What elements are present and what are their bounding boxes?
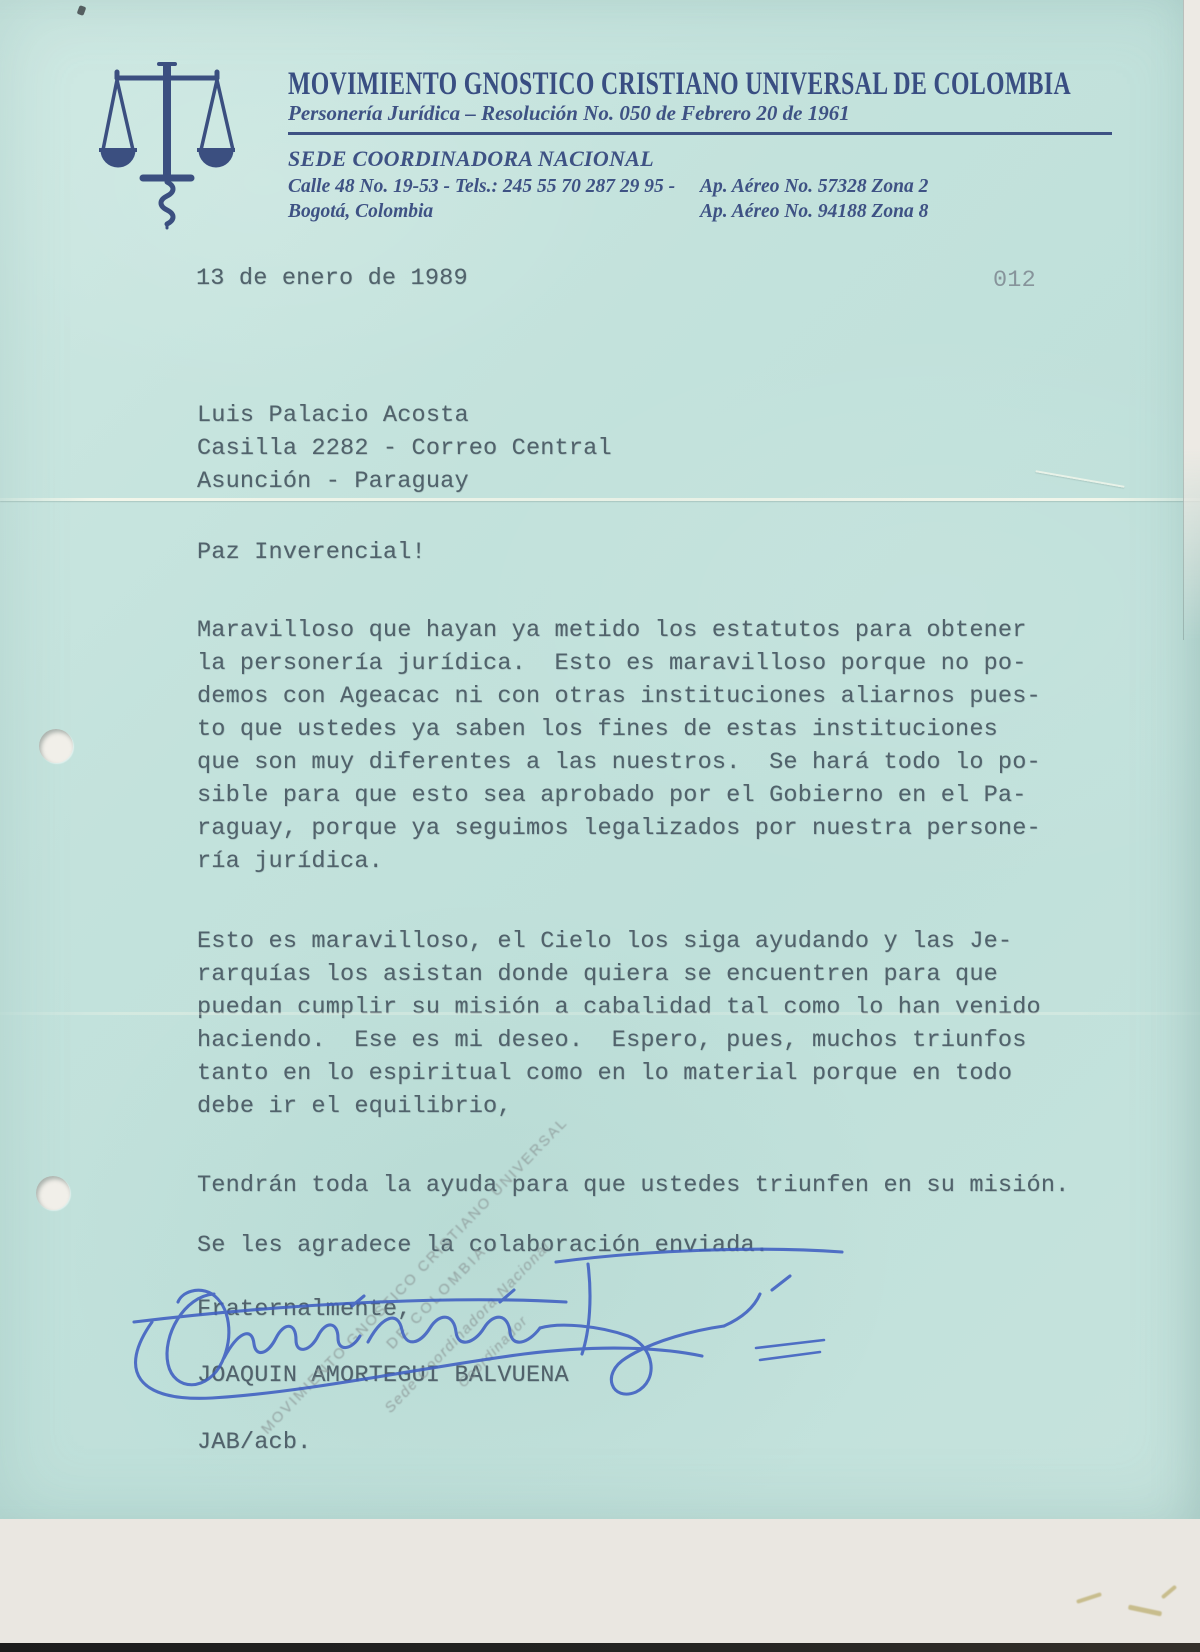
- scan-speck: [77, 5, 87, 16]
- scanned-letter: MOVIMIENTO GNOSTICO CRISTIANO UNIVERSAL …: [0, 0, 1200, 1652]
- scanner-backing-bottom: [0, 1519, 1200, 1652]
- address-row-2: Bogotá, Colombia Ap. Aéreo No. 94188 Zon…: [288, 199, 1018, 224]
- body-paragraph-2: Esto es maravilloso, el Cielo los siga a…: [197, 925, 1041, 1123]
- body-paragraph-1: Maravilloso que hayan ya metido los esta…: [197, 614, 1041, 878]
- letter-date: 13 de enero de 1989: [196, 262, 468, 295]
- punch-hole-bottom: [36, 1176, 70, 1210]
- apartado-aereo-1: Ap. Aéreo No. 57328 Zona 2: [700, 174, 928, 199]
- recipient-address: Luis Palacio Acosta Casilla 2282 - Corre…: [197, 399, 612, 498]
- letter-paper: MOVIMIENTO GNOSTICO CRISTIANO UNIVERSAL …: [0, 0, 1200, 1519]
- scan-bottom-strip: [0, 1643, 1200, 1652]
- valediction: Fraternalmente,: [197, 1293, 412, 1326]
- letterhead-rule: [288, 132, 1112, 135]
- apartado-aereo-2: Ap. Aéreo No. 94188 Zona 8: [700, 199, 928, 224]
- letterhead-address: Calle 48 No. 19-53 - Tels.: 245 55 70 28…: [288, 174, 1018, 224]
- typed-signer-name: JOAQUIN AMORTEGUI BALVUENA: [197, 1359, 569, 1392]
- salutation: Paz Inverencial!: [197, 536, 426, 569]
- street-and-phones: Calle 48 No. 19-53 - Tels.: 245 55 70 28…: [288, 174, 700, 199]
- punch-hole-top: [39, 729, 73, 763]
- fold-crease-upper: [0, 498, 1200, 501]
- legal-line: Personería Jurídica – Resolución No. 050…: [288, 101, 850, 126]
- address-row-1: Calle 48 No. 19-53 - Tels.: 245 55 70 28…: [288, 174, 1018, 199]
- body-paragraph-3: Tendrán toda la ayuda para que ustedes t…: [197, 1169, 1069, 1202]
- scanner-backing-right: [1183, 0, 1200, 640]
- sede-line: SEDE COORDINADORA NACIONAL: [288, 146, 654, 172]
- reference-initials: JAB/acb.: [197, 1426, 311, 1459]
- org-name: MOVIMIENTO GNOSTICO CRISTIANO UNIVERSAL …: [288, 66, 1071, 103]
- justice-scales-logo-icon: [93, 58, 241, 230]
- body-paragraph-4: Se les agradece la colaboración enviada.: [197, 1229, 769, 1262]
- doc-number: 012: [993, 264, 1036, 297]
- edge-crease: [1036, 470, 1125, 488]
- city-country: Bogotá, Colombia: [288, 199, 700, 224]
